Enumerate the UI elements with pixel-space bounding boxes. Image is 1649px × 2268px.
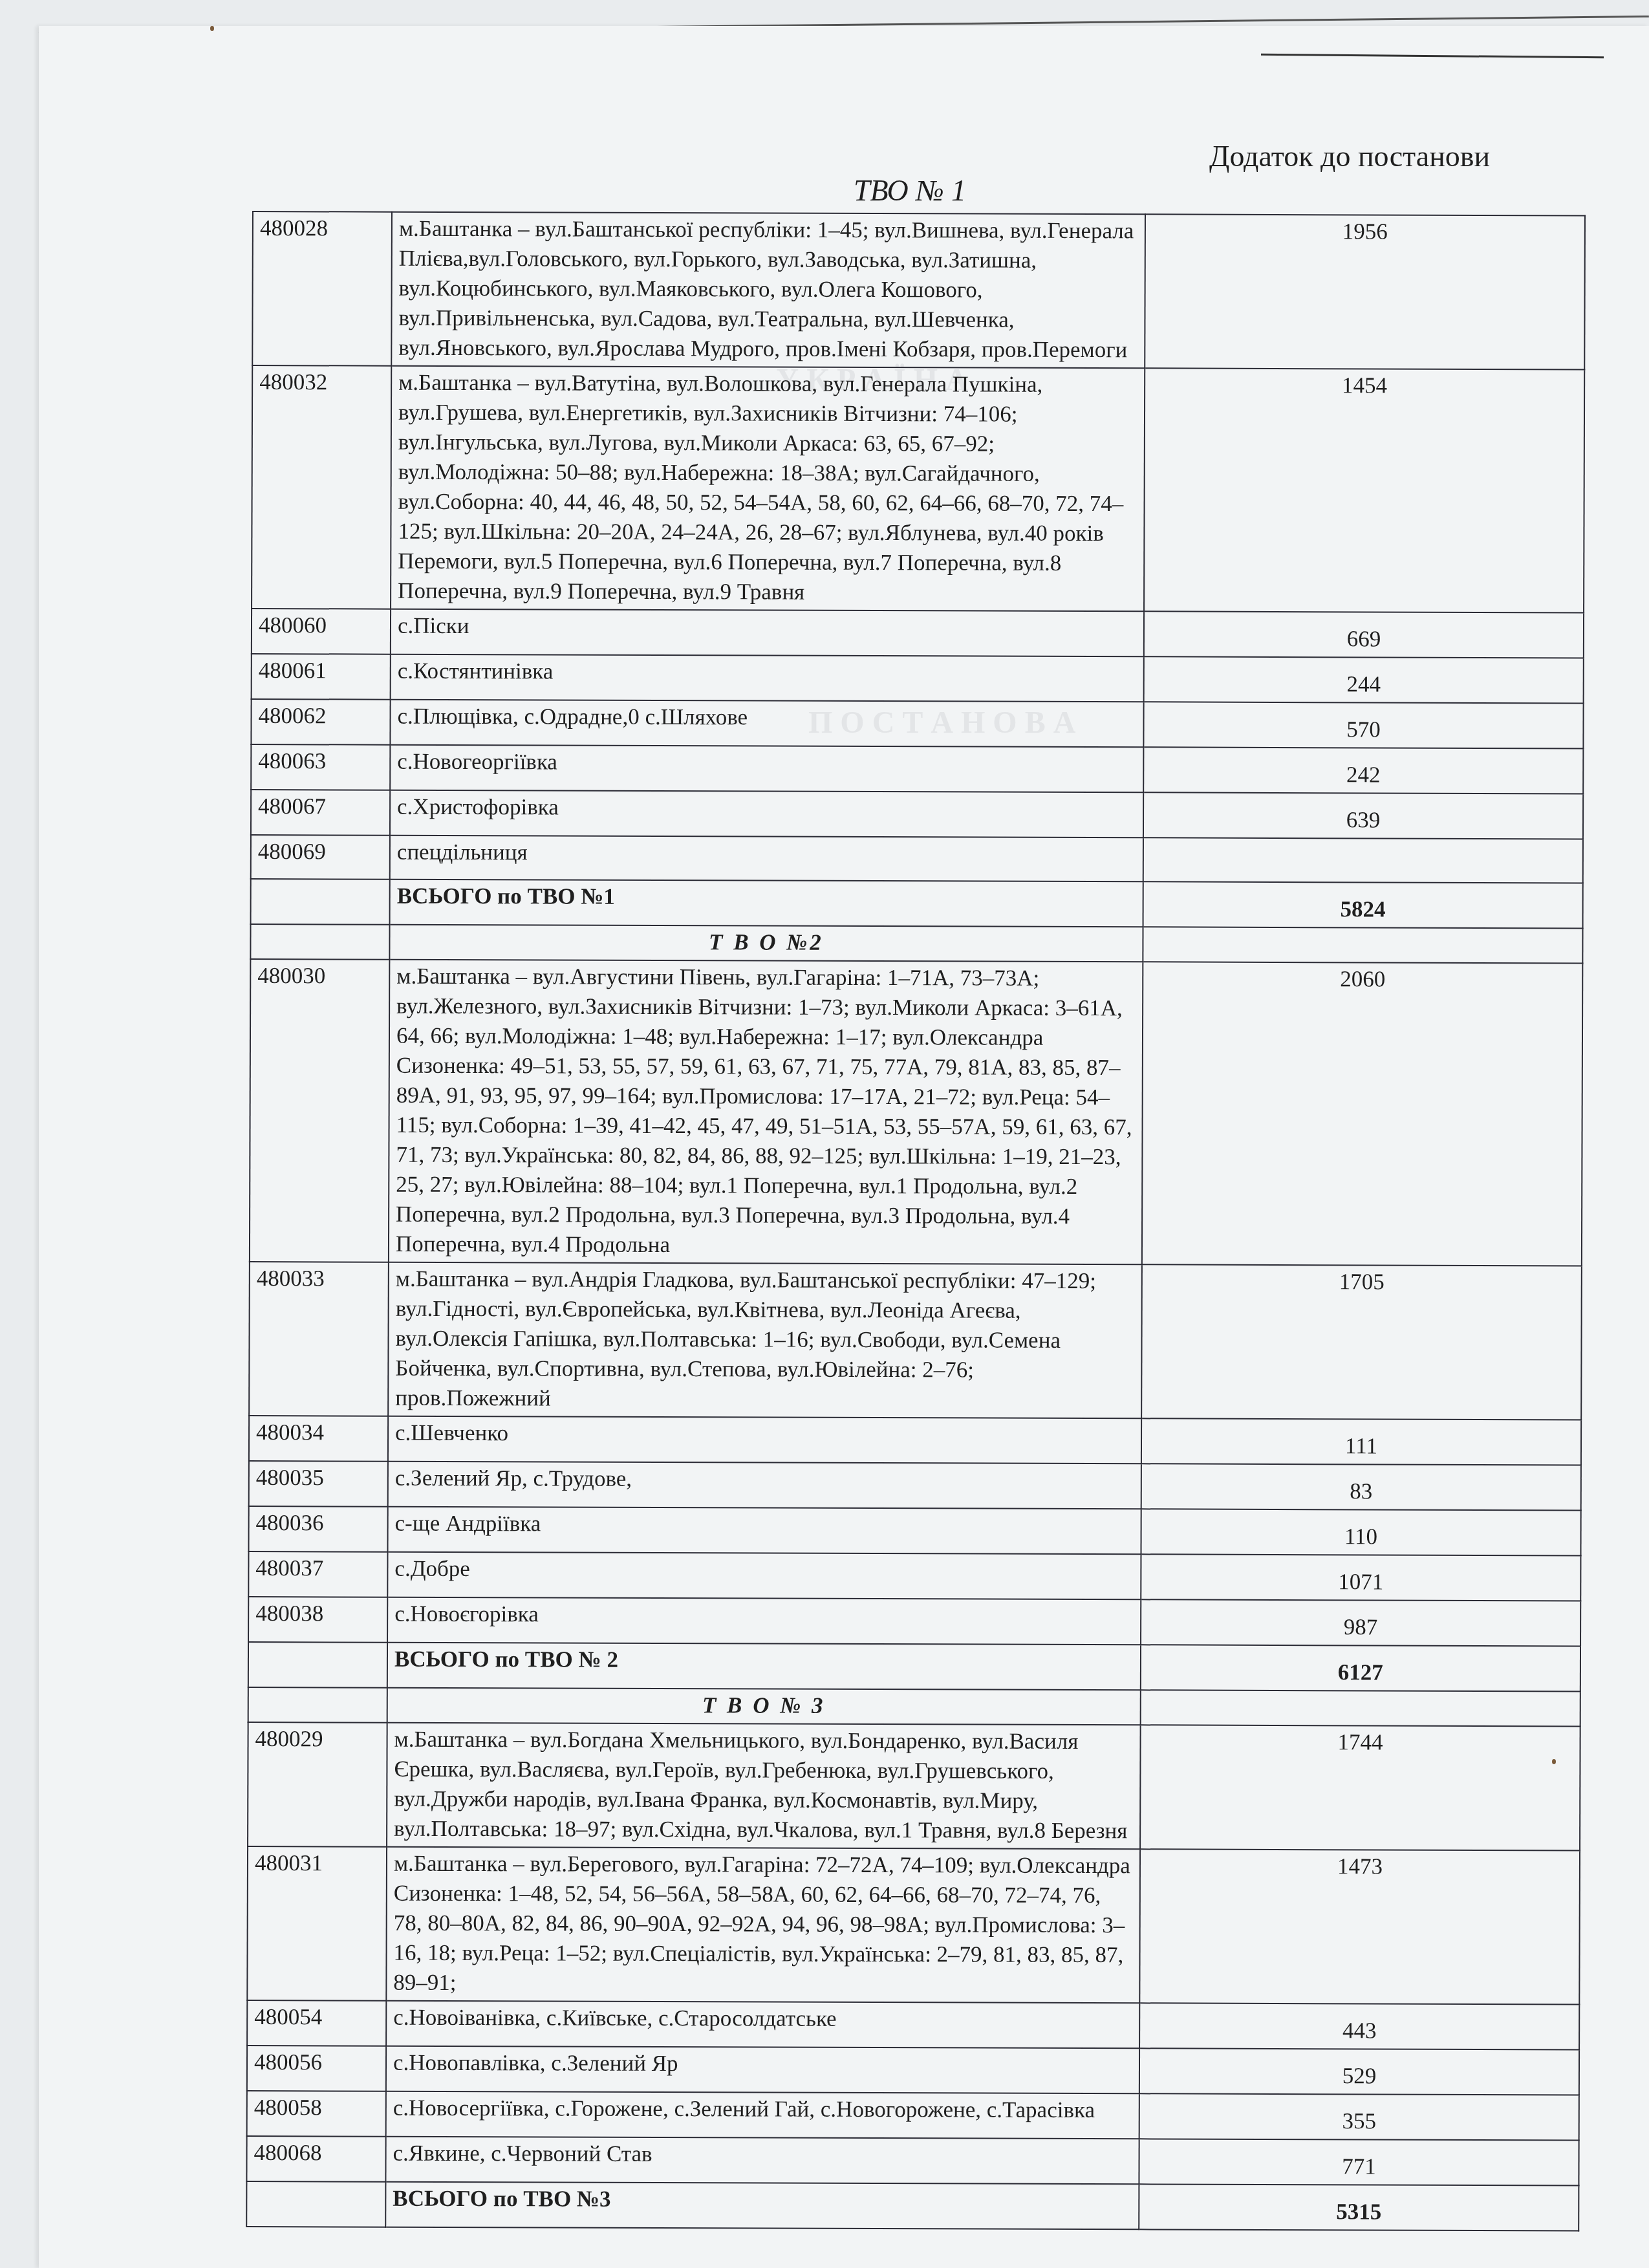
voter-count: 570 [1143, 702, 1583, 748]
table-row: 480034с.Шевченко111 [249, 1416, 1581, 1465]
section-empty-cell [1141, 1690, 1580, 1726]
table-row: 480032м.Баштанка – вул.Ватутіна, вул.Вол… [252, 365, 1584, 612]
table-row: 480056с.Новопавлівка, с.Зелений Яр529 [247, 2046, 1579, 2095]
table-row: 480069спецдільниця [251, 835, 1583, 883]
voter-count: 443 [1139, 2003, 1579, 2049]
station-address: с.Зелений Яр, с.Трудове, [388, 1462, 1141, 1509]
station-address: м.Баштанка – вул.Ватутіна, вул.Волошкова… [391, 366, 1145, 612]
station-number: 480035 [249, 1461, 388, 1507]
total-label: ВСЬОГО по ТВО №1 [390, 880, 1143, 927]
polling-stations-table: 480028м.Баштанка – вул.Баштанської респу… [246, 211, 1586, 2231]
station-address: с.Новосергіївка, с.Горожене, с.Зелений Г… [386, 2091, 1139, 2139]
station-address: с.Христофорівка [390, 790, 1143, 838]
station-address: с.Новоєгорівка [387, 1597, 1141, 1645]
table-row: 480029м.Баштанка – вул.Богдана Хмельниць… [248, 1722, 1580, 1850]
station-number: 480063 [251, 744, 390, 790]
section-title: Т В О № 3 [387, 1688, 1141, 1725]
voter-count: 1956 [1145, 214, 1585, 369]
voter-count: 1473 [1139, 1849, 1580, 2004]
station-address: с.Шевченко [388, 1416, 1141, 1464]
total-empty-cell [246, 2181, 385, 2227]
section-empty-cell [250, 924, 389, 960]
station-address: с.Новоіванівка, с.Київське, с.Старосолда… [386, 2001, 1139, 2049]
voter-count: 1705 [1141, 1264, 1582, 1420]
station-number: 480038 [248, 1597, 387, 1643]
annex-title: Додаток до постанови [1209, 139, 1490, 173]
station-address: с.Костянтинівка [391, 654, 1144, 702]
station-number: 480030 [250, 959, 389, 1262]
table-row: 480036с-ще Андріївка110 [248, 1506, 1580, 1555]
table-row: 480054с.Новоіванівка, с.Київське, с.Стар… [247, 2000, 1579, 2049]
table-row: 480061с.Костянтинівка244 [252, 654, 1584, 703]
station-number: 480029 [248, 1722, 387, 1847]
voter-count: 1454 [1144, 368, 1584, 612]
station-number: 480034 [249, 1416, 388, 1462]
station-number: 480036 [248, 1506, 387, 1552]
table-row: 480037с.Добре1071 [248, 1551, 1580, 1601]
voter-count: 1071 [1141, 1554, 1580, 1601]
station-number: 480028 [252, 211, 392, 366]
voter-count: 355 [1139, 2093, 1579, 2140]
station-address: м.Баштанка – вул.Берегового, вул.Гагарін… [386, 1847, 1140, 2003]
table-row: 480062с.Плющівка, с.Одрадне,0 с.Шляхове5… [251, 699, 1583, 748]
voter-count: 242 [1143, 747, 1583, 794]
table-row: 480067с.Христофорівка639 [251, 790, 1583, 839]
station-address: м.Баштанка – вул.Августини Півень, вул.Г… [389, 960, 1143, 1265]
station-number: 480032 [252, 365, 391, 609]
station-address: с.Новопавлівка, с.Зелений Яр [386, 2046, 1139, 2094]
voter-count: 987 [1141, 1599, 1580, 1646]
station-number: 480061 [252, 654, 391, 700]
voter-count: 529 [1139, 2048, 1579, 2095]
table-row: 480058с.Новосергіївка, с.Горожене, с.Зел… [247, 2091, 1579, 2140]
voter-count: 83 [1141, 1463, 1581, 1510]
voter-count: 639 [1143, 792, 1583, 839]
station-address: с.Плющівка, с.Одрадне,0 с.Шляхове [390, 700, 1143, 748]
total-row: ВСЬОГО по ТВО № 26127 [248, 1642, 1580, 1691]
total-value: 6127 [1141, 1645, 1580, 1691]
voter-count: 1744 [1140, 1725, 1580, 1850]
station-number: 480054 [247, 2000, 386, 2046]
station-number: 480031 [247, 1846, 387, 2001]
section-caption-tvo-1: ТВО № 1 [854, 173, 966, 208]
station-address: м.Баштанка – вул.Богдана Хмельницького, … [387, 1723, 1141, 1850]
station-number: 480068 [246, 2136, 385, 2182]
station-address: спецдільниця [390, 836, 1143, 882]
table-row: 480063с.Новогеоргіївка242 [251, 744, 1583, 794]
total-row: ВСЬОГО по ТВО №15824 [251, 879, 1583, 928]
station-address: с.Явкине, с.Червоний Став [385, 2137, 1139, 2185]
voter-count: 110 [1141, 1509, 1580, 1555]
table-row: 480038с.Новоєгорівка987 [248, 1597, 1580, 1646]
table-row: 480028м.Баштанка – вул.Баштанської респу… [252, 211, 1585, 369]
total-value: 5824 [1143, 881, 1583, 928]
voter-count: 111 [1141, 1418, 1581, 1465]
total-empty-cell [251, 879, 390, 925]
table-row: 480068с.Явкине, с.Червоний Став771 [246, 2136, 1579, 2185]
station-address: с.Добре [387, 1552, 1141, 1600]
station-number: 480060 [252, 609, 391, 654]
section-title: Т В О №2 [389, 925, 1143, 962]
voter-count: 669 [1144, 611, 1584, 658]
table-row: 480060с.Піски669 [252, 609, 1584, 658]
total-value: 5315 [1139, 2184, 1579, 2230]
table-row: 480035с.Зелений Яр, с.Трудове,83 [249, 1461, 1581, 1510]
station-number: 480067 [251, 790, 390, 836]
station-address: с-ще Андріївка [387, 1507, 1141, 1555]
voter-count: 771 [1139, 2139, 1579, 2185]
table-row: 480033м.Баштанка – вул.Андрія Гладкова, … [249, 1262, 1582, 1420]
total-label: ВСЬОГО по ТВО №3 [385, 2182, 1139, 2230]
voter-count: 244 [1144, 656, 1584, 703]
total-empty-cell [248, 1642, 387, 1688]
station-address: с.Новогеоргіївка [390, 745, 1143, 793]
section-empty-cell [1143, 927, 1582, 963]
section-empty-cell [248, 1687, 387, 1723]
voter-count: 2060 [1142, 962, 1582, 1266]
voter-count [1143, 837, 1583, 883]
table-row: 480031м.Баштанка – вул.Берегового, вул.Г… [247, 1846, 1580, 2004]
station-number: 480033 [249, 1262, 389, 1416]
station-number: 480037 [248, 1551, 387, 1597]
station-number: 480056 [247, 2046, 386, 2091]
section-header-row: Т В О № 3 [248, 1687, 1580, 1726]
total-row: ВСЬОГО по ТВО №35315 [246, 2181, 1579, 2230]
total-label: ВСЬОГО по ТВО № 2 [387, 1643, 1141, 1690]
table-row: 480030м.Баштанка – вул.Августини Півень,… [250, 959, 1582, 1266]
station-number: 480058 [247, 2091, 386, 2137]
station-address: с.Піски [391, 609, 1144, 657]
station-address: м.Баштанка – вул.Андрія Гладкова, вул.Ба… [388, 1262, 1142, 1419]
station-number: 480069 [251, 835, 390, 880]
section-header-row: Т В О №2 [250, 924, 1582, 963]
scan-speck [210, 26, 214, 31]
station-number: 480062 [251, 699, 390, 745]
station-address: м.Баштанка – вул.Баштанської республіки:… [391, 212, 1145, 369]
